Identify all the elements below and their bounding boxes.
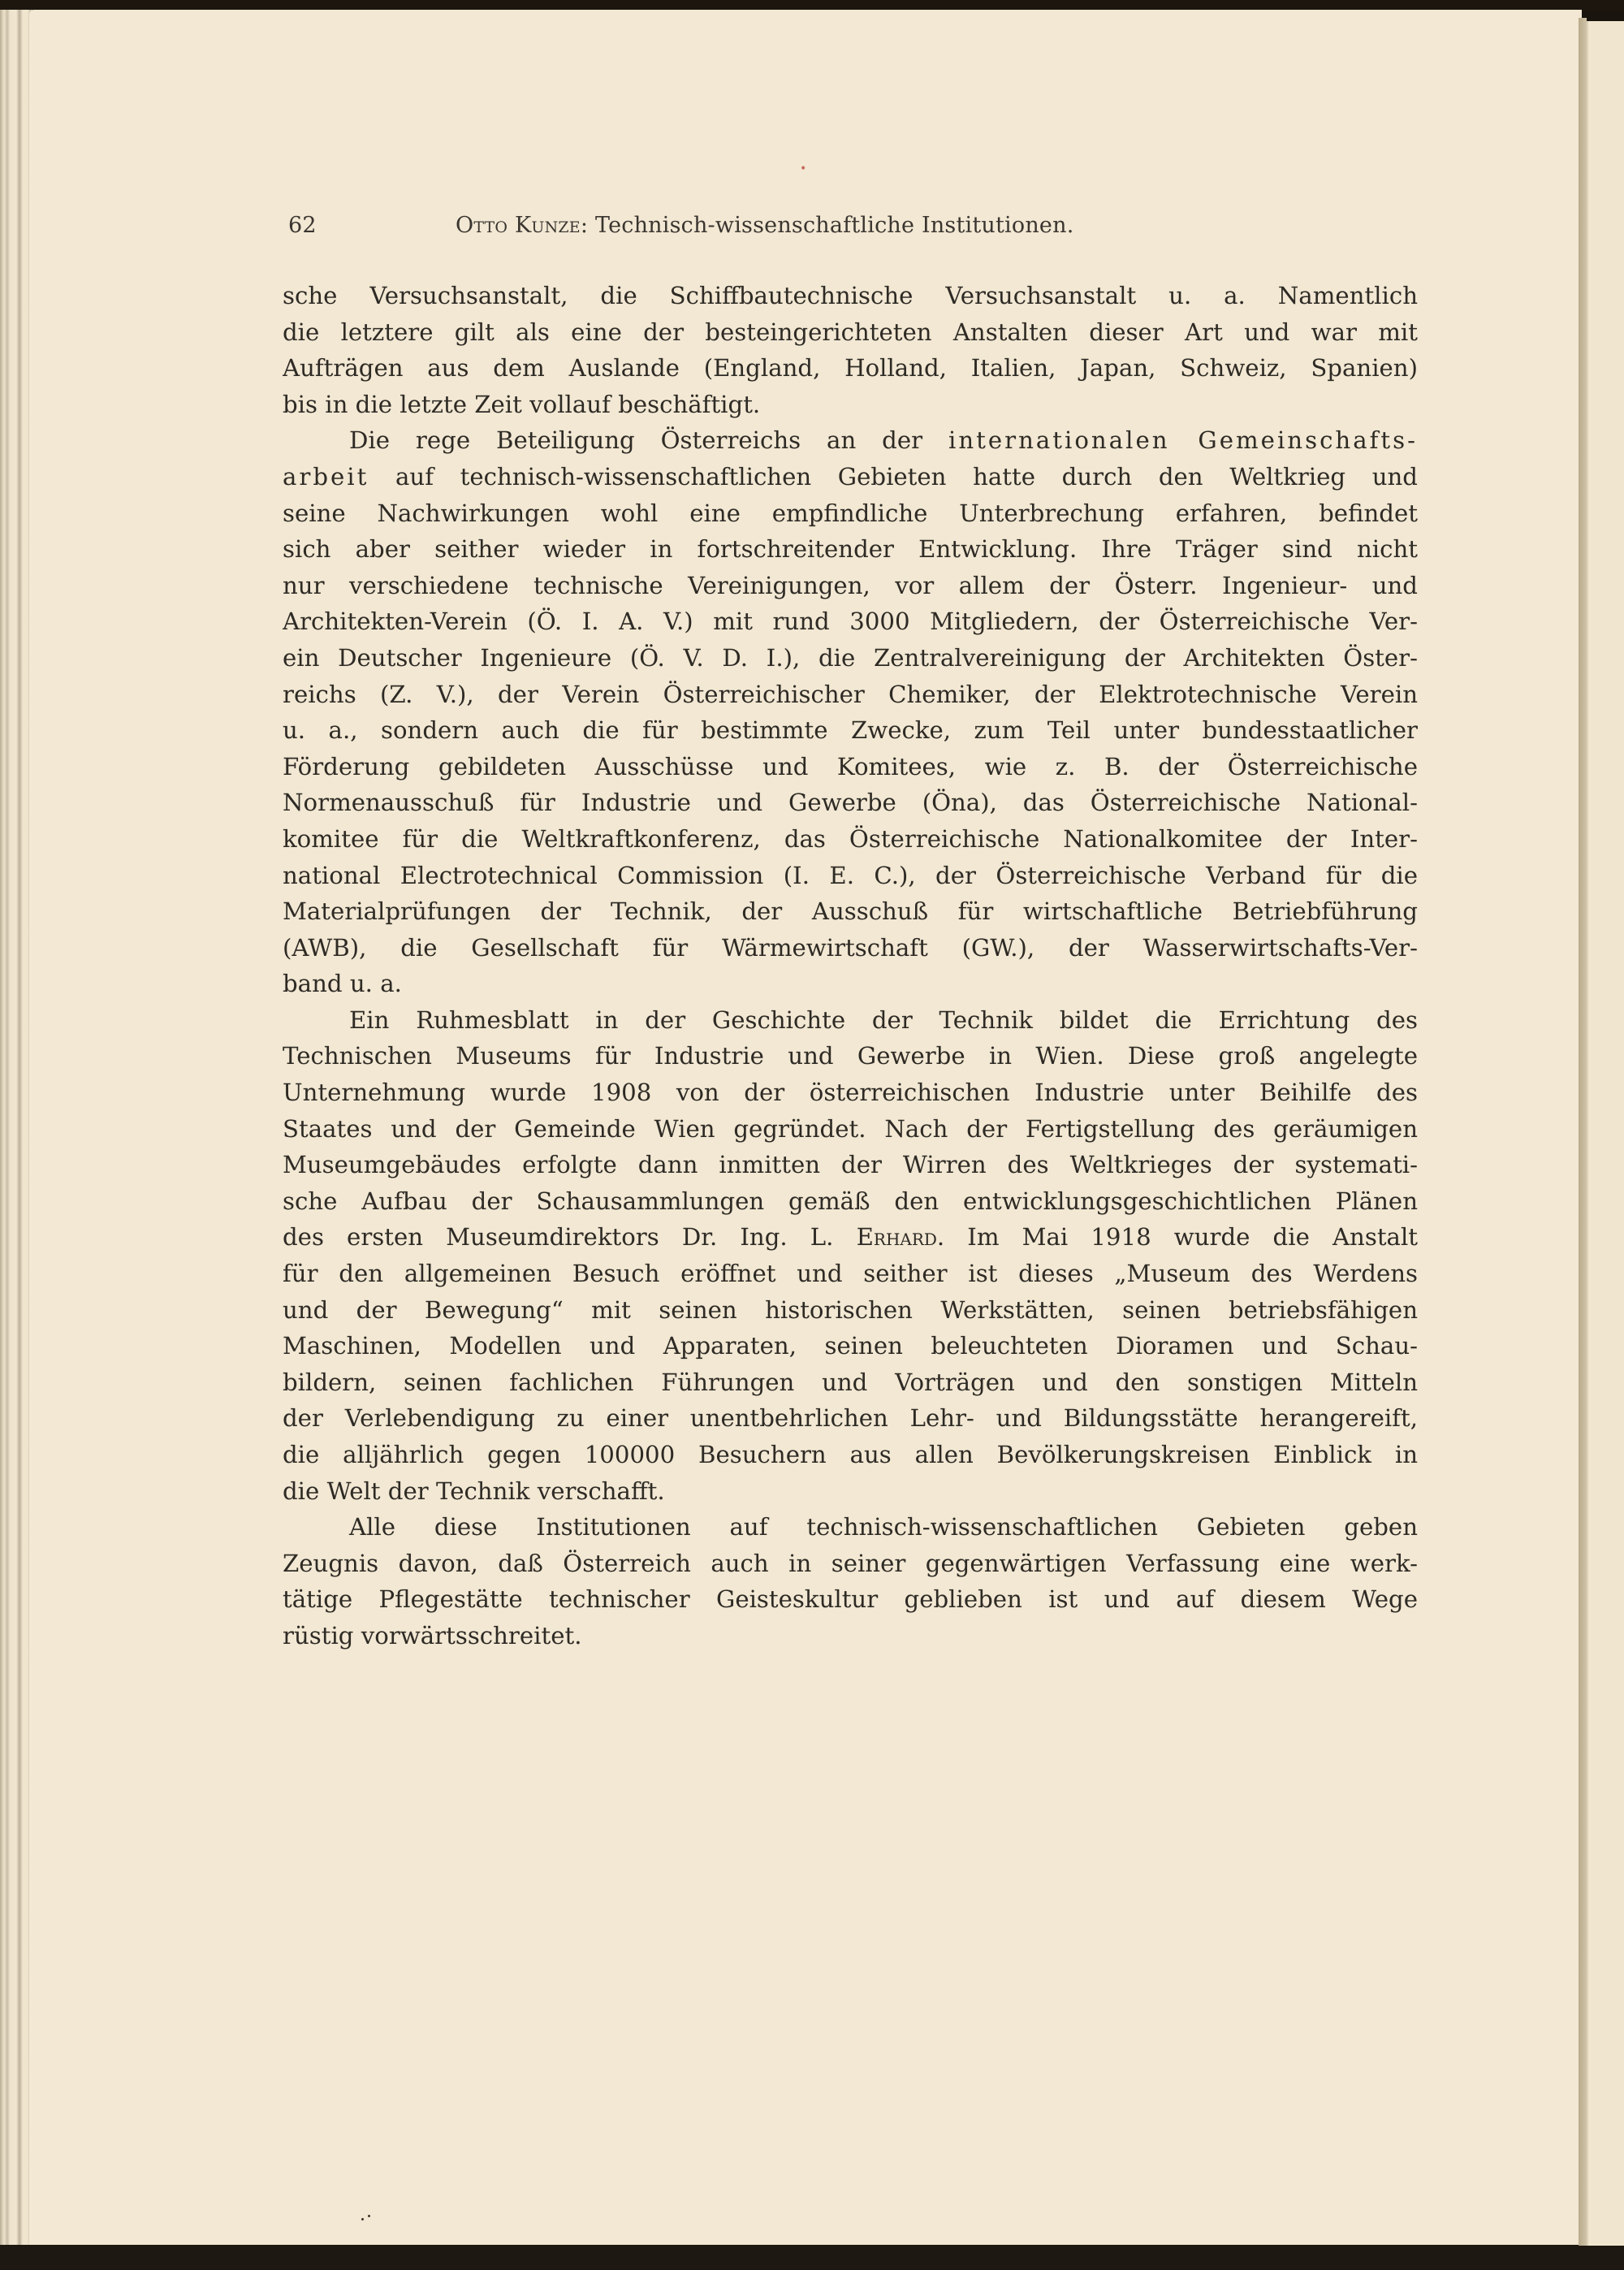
paper-speck [361, 2218, 364, 2220]
text-line: national Electrotechnical Commission (I.… [283, 858, 1418, 894]
text-line: seine Nachwirkungen wohl eine empfindlic… [283, 495, 1418, 532]
text-line: bildern, seinen fachlichen Führungen und… [283, 1364, 1418, 1401]
text-line: Zeugnis davon, daß Österreich auch in se… [283, 1546, 1418, 1582]
text-line: und der Bewegung“ mit seinen historische… [283, 1292, 1418, 1329]
text-line: arbeit auf technisch-wissenschaftlichen … [283, 459, 1418, 495]
scan-border-top [0, 0, 1624, 10]
text-line: (AWB), die Gesellschaft für Wärmewirtsch… [283, 930, 1418, 966]
text-line: Die rege Beteiligung Österreichs an der … [283, 422, 1418, 459]
text-line: u. a., sondern auch die für bestimmte Zw… [283, 712, 1418, 749]
text-line: Förderung gebildeten Ausschüsse und Komi… [283, 749, 1418, 785]
text-line: reichs (Z. V.), der Verein Österreichisc… [283, 677, 1418, 713]
running-head: 62 Otto Kunze: Technisch-wissenschaftlic… [288, 213, 1425, 245]
spaced-emphasis: arbeit [283, 463, 369, 491]
text-line: Museumgebäudes erfolgte dann inmitten de… [283, 1147, 1418, 1183]
gutter-shadow [1579, 18, 1587, 2247]
author-name: Otto Kunze [456, 213, 581, 238]
text-fragment: . Im Mai 1918 wurde die Anstalt [937, 1223, 1418, 1251]
page-stack-edge [0, 10, 32, 2245]
text-line: die Welt der Technik verschafft. [283, 1473, 1418, 1510]
text-line: ein Deutscher Ingenieure (Ö. V. D. I.), … [283, 640, 1418, 677]
text-line: tätige Pflegestätte technischer Geistesk… [283, 1581, 1418, 1618]
text-fragment: des ersten Museumdirektors Dr. Ing. L. [283, 1223, 833, 1251]
text-line: der Verlebendigung zu einer unentbehrlic… [283, 1400, 1418, 1437]
text-line: nur verschiedene technische Vereinigunge… [283, 568, 1418, 604]
text-line: bis in die letzte Zeit vollauf beschäfti… [283, 387, 1418, 423]
text-line: des ersten Museumdirektors Dr. Ing. L. E… [283, 1219, 1418, 1256]
body-text: sche Versuchsanstalt, die Schiffbautechn… [283, 278, 1418, 1654]
text-line: die alljährlich gegen 100000 Besuchern a… [283, 1437, 1418, 1473]
text-line: Maschinen, Modellen und Apparaten, seine… [283, 1328, 1418, 1364]
text-line: sche Versuchsanstalt, die Schiffbautechn… [283, 278, 1418, 314]
printer-mark: • [800, 162, 806, 175]
person-name-smallcaps: Erhard [857, 1223, 937, 1251]
title-separator: : [581, 213, 588, 238]
scan-border-bottom [0, 2246, 1624, 2270]
text-line: Ein Ruhmesblatt in der Geschichte der Te… [283, 1002, 1418, 1039]
adjacent-page-edge [1587, 21, 1624, 2246]
text-line: die letztere gilt als eine der besteinge… [283, 314, 1418, 351]
text-line: rüstig vorwärtsschreitet. [283, 1618, 1418, 1654]
text-line: für den allgemeinen Besuch eröffnet und … [283, 1256, 1418, 1292]
text-line: Aufträgen aus dem Auslande (England, Hol… [283, 350, 1418, 387]
text-line: sich aber seither wieder in fortschreite… [283, 531, 1418, 568]
text-line: Alle diese Institutionen auf technisch-w… [283, 1509, 1418, 1546]
text-fragment: auf technisch-wissenschaftlichen Gebiete… [395, 463, 1418, 491]
page-number: 62 [288, 213, 317, 238]
text-line: Staates und der Gemeinde Wien gegründet.… [283, 1111, 1418, 1148]
text-line: komitee für die Weltkraftkonferenz, das … [283, 821, 1418, 858]
spaced-emphasis: internationalen Gemeinschafts- [948, 426, 1418, 454]
text-fragment: Die rege Beteiligung Österreichs an der [349, 426, 922, 454]
text-line: band u. a. [283, 966, 1418, 1002]
text-line: Architekten-Verein (Ö. I. A. V.) mit run… [283, 603, 1418, 640]
paper-speck [368, 2215, 370, 2217]
running-title: Otto Kunze: Technisch-wissenschaftliche … [456, 213, 1073, 238]
chapter-title: Technisch-wissenschaftliche Institutione… [595, 213, 1074, 238]
text-line: Unternehmung wurde 1908 von der österrei… [283, 1074, 1418, 1111]
text-line: sche Aufbau der Schausammlungen gemäß de… [283, 1183, 1418, 1220]
text-line: Materialprüfungen der Technik, der Aussc… [283, 893, 1418, 930]
text-line: Technischen Museums für Industrie und Ge… [283, 1038, 1418, 1074]
text-line: Normenausschuß für Industrie und Gewerbe… [283, 785, 1418, 821]
